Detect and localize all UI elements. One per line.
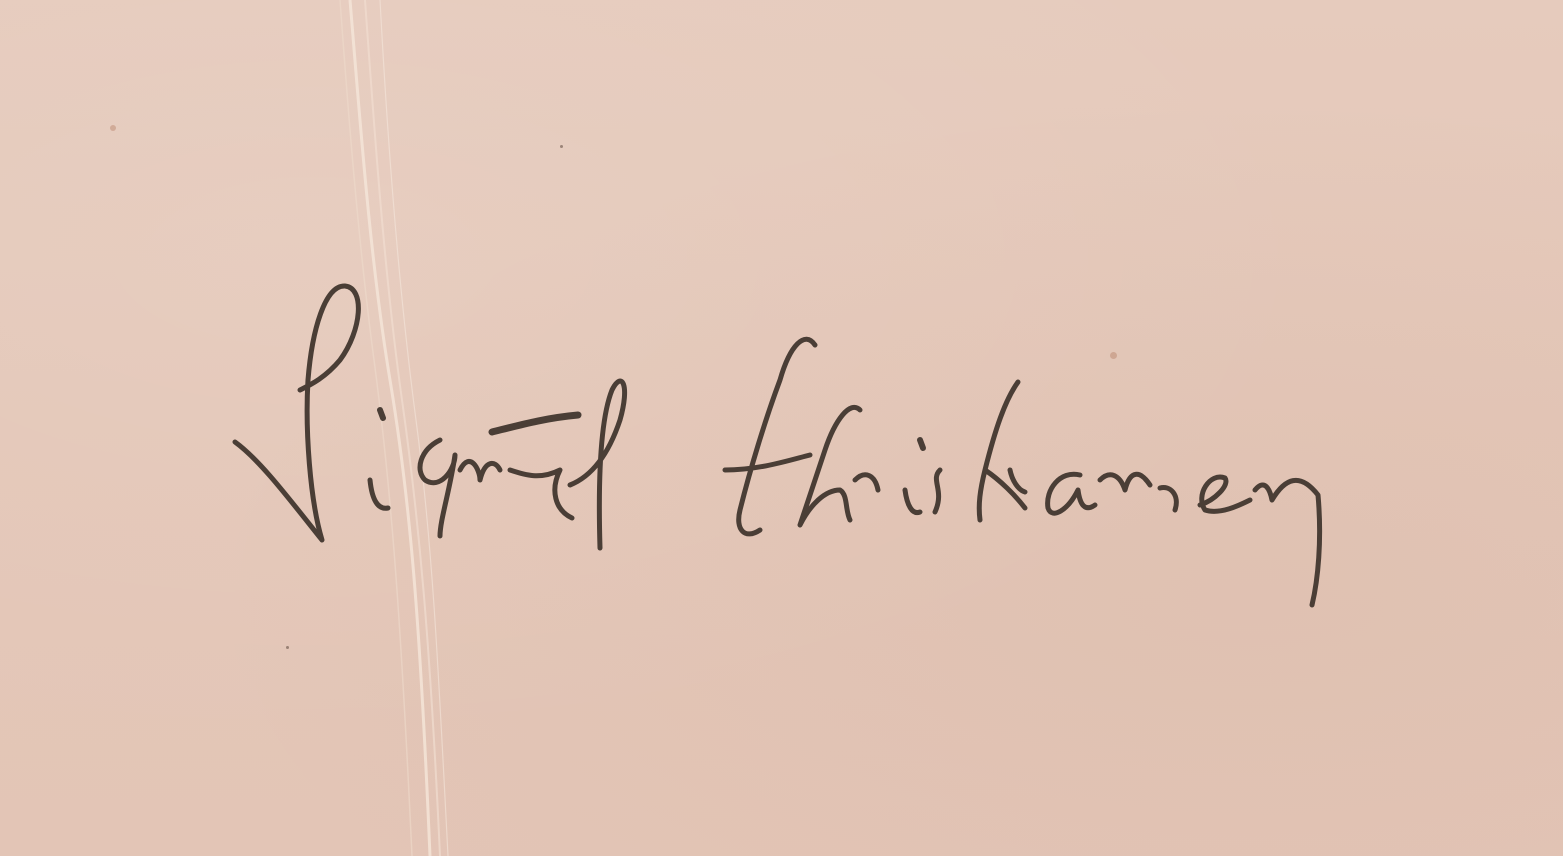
signature-letter-h xyxy=(800,407,860,525)
signature-letter-c xyxy=(725,339,815,534)
signature-letter-i xyxy=(380,410,383,418)
handwritten-signature xyxy=(0,0,1563,856)
paper-sheet: Sigurd Christiansen xyxy=(0,0,1563,856)
signature-letter-s xyxy=(235,286,358,540)
signature-letter-s2 xyxy=(935,470,940,512)
signature-letter-a xyxy=(1048,474,1095,513)
signature-letter-e xyxy=(1200,477,1250,511)
signature-letter-d xyxy=(510,381,625,548)
signature-letter-n xyxy=(1255,480,1320,605)
signature-letter-g xyxy=(420,440,455,536)
signature-letter-t xyxy=(979,382,1025,520)
